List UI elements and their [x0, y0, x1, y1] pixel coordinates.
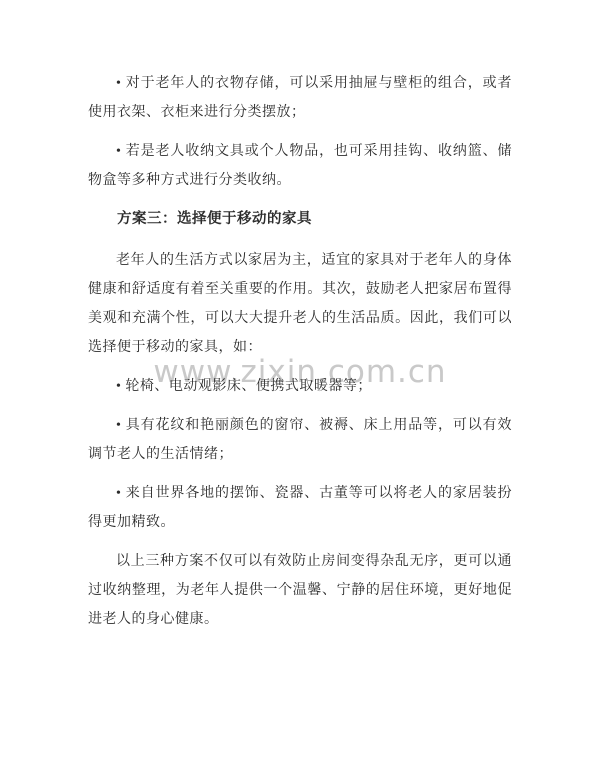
bullet-paragraph-movable-furniture: • 轮椅、电动观影床、便携式取暖器等； [88, 372, 512, 401]
section-heading-plan-three: 方案三：选择便于移动的家具 [88, 205, 512, 234]
body-paragraph-conclusion: 以上三种方案不仅可以有效防止房间变得杂乱无序，更可以通过收纳整理，为老年人提供一… [88, 547, 512, 634]
body-paragraph-plan-three-intro: 老年人的生活方式以家居为主，适宜的家具对于老年人的身体健康和舒适度有着至关重要的… [88, 246, 512, 362]
bullet-paragraph-colorful-textiles: • 具有花纹和艳丽颜色的窗帘、被褥、床上用品等，可以有效调节老人的生活情绪； [88, 411, 512, 469]
bullet-paragraph-ornaments: • 来自世界各地的摆饰、瓷器、古董等可以将老人的家居装扮得更加精致。 [88, 479, 512, 537]
bullet-paragraph-clothing-storage: • 对于老年人的衣物存储，可以采用抽屉与壁柜的组合，或者使用衣架、衣柜来进行分类… [88, 69, 512, 127]
bullet-paragraph-stationery-storage: • 若是老人收纳文具或个人物品，也可采用挂钩、收纳篮、储物盒等多种方式进行分类收… [88, 137, 512, 195]
document-page: www.zixin.com.cn • 对于老年人的衣物存储，可以采用抽屉与壁柜的… [0, 0, 600, 776]
document-content: • 对于老年人的衣物存储，可以采用抽屉与壁柜的组合，或者使用衣架、衣柜来进行分类… [0, 0, 600, 644]
